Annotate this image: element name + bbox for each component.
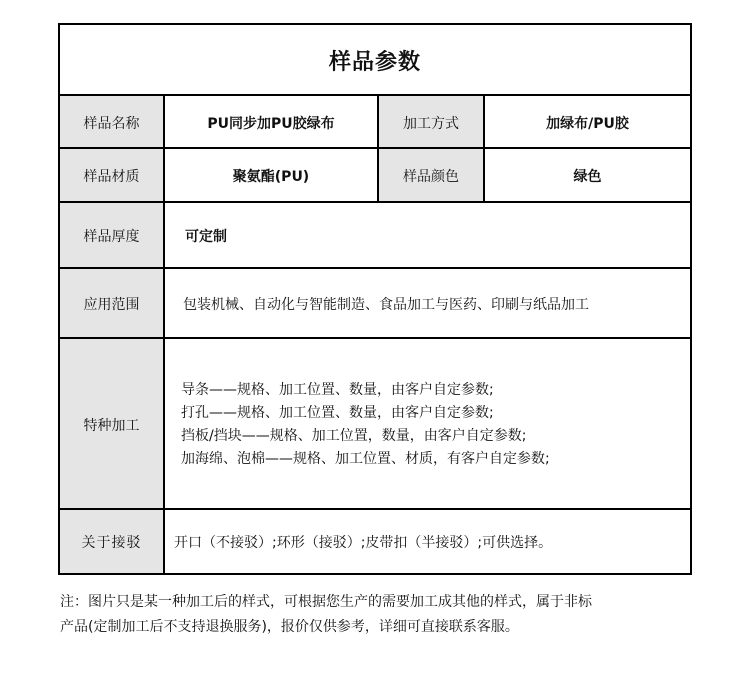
table-row: 应用范围 包装机械、自动化与智能制造、食品加工与医药、印刷与纸品加工 xyxy=(60,267,690,339)
footnote-line-1: 注：图片只是某一种加工后的样式，可根据您生产的需要加工成其他的样式，属于非标 xyxy=(60,590,700,615)
value-material: 聚氨酯(PU) xyxy=(163,149,377,203)
table-title: 样品参数 xyxy=(60,25,690,96)
value-splicing: 开口（不接驳）;环形（接驳）;皮带扣（半接驳）;可供选择。 xyxy=(163,510,690,573)
label-sample-name: 样品名称 xyxy=(60,96,163,149)
value-color: 绿色 xyxy=(483,149,690,203)
special-processing-line: 挡板/挡块——规格、加工位置，数量，由客户自定参数; xyxy=(181,425,526,448)
footnote: 注：图片只是某一种加工后的样式，可根据您生产的需要加工成其他的样式，属于非标 产… xyxy=(60,590,700,640)
value-thickness: 可定制 xyxy=(163,203,690,269)
label-application: 应用范围 xyxy=(60,269,163,339)
label-processing-method: 加工方式 xyxy=(377,96,483,149)
value-processing-method: 加绿布/PU胶 xyxy=(483,96,690,149)
label-special-processing: 特种加工 xyxy=(60,339,163,510)
table-row: 样品材质 聚氨酯(PU) 样品颜色 绿色 xyxy=(60,147,690,203)
value-sample-name: PU同步加PU胶绿布 xyxy=(163,96,377,149)
value-special-processing: 导条——规格、加工位置、数量，由客户自定参数; 打孔——规格、加工位置、数量，由… xyxy=(163,339,690,510)
special-processing-line: 加海绵、泡棉——规格、加工位置、材质，有客户自定参数; xyxy=(181,448,550,471)
label-color: 样品颜色 xyxy=(377,149,483,203)
special-processing-line: 导条——规格、加工位置、数量，由客户自定参数; xyxy=(181,379,494,402)
table-row: 样品名称 PU同步加PU胶绿布 加工方式 加绿布/PU胶 xyxy=(60,94,690,149)
footnote-line-2: 产品(定制加工后不支持退换服务)，报价仅供参考，详细可直接联系客服。 xyxy=(60,615,700,640)
label-splicing: 关于接驳 xyxy=(60,510,163,573)
sample-parameters-table: 样品参数 样品名称 PU同步加PU胶绿布 加工方式 加绿布/PU胶 样品材质 聚… xyxy=(58,23,692,575)
value-application: 包装机械、自动化与智能制造、食品加工与医药、印刷与纸品加工 xyxy=(163,269,690,339)
label-material: 样品材质 xyxy=(60,149,163,203)
table-row: 特种加工 导条——规格、加工位置、数量，由客户自定参数; 打孔——规格、加工位置… xyxy=(60,337,690,510)
table-row: 关于接驳 开口（不接驳）;环形（接驳）;皮带扣（半接驳）;可供选择。 xyxy=(60,508,690,573)
table-row: 样品厚度 可定制 xyxy=(60,201,690,269)
special-processing-line: 打孔——规格、加工位置、数量，由客户自定参数; xyxy=(181,402,494,425)
label-thickness: 样品厚度 xyxy=(60,203,163,269)
